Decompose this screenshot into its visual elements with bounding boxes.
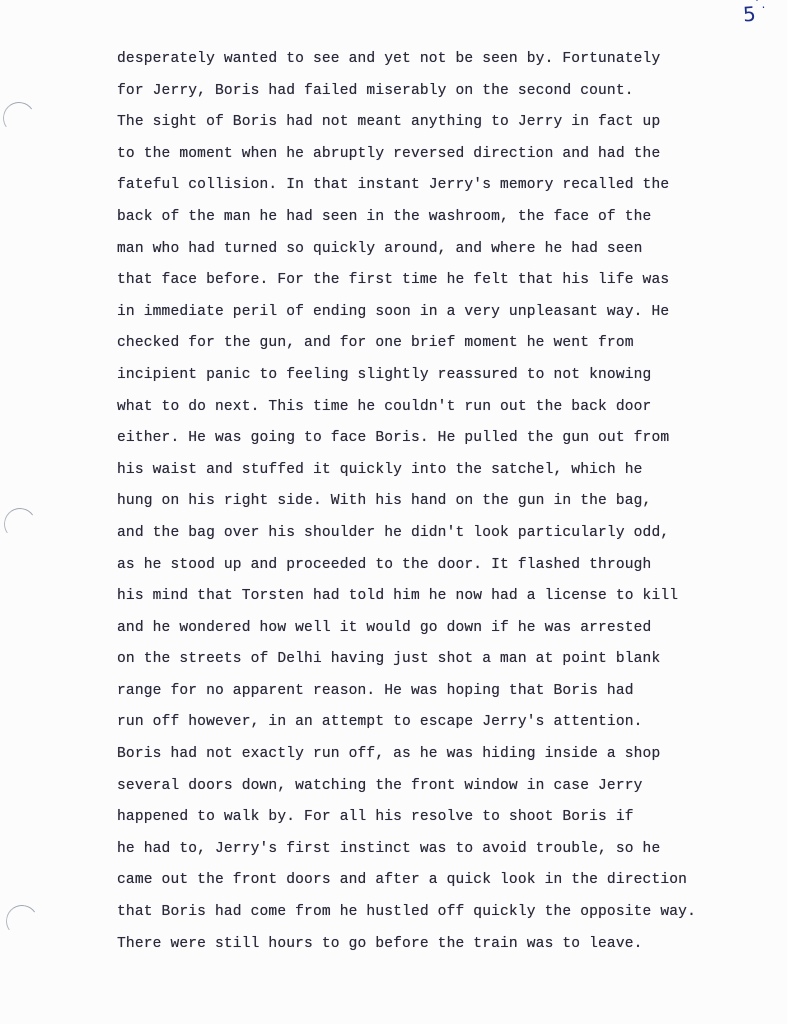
text-line: checked for the gun, and for one brief m… (117, 328, 757, 360)
text-line: and the bag over his shoulder he didn't … (117, 518, 757, 550)
handwritten-page-number: 5`. (742, 2, 757, 27)
text-line: and he wondered how well it would go dow… (117, 613, 757, 645)
text-line: happened to walk by. For all his resolve… (117, 802, 757, 834)
text-line: his mind that Torsten had told him he no… (117, 581, 757, 613)
text-line: that face before. For the first time he … (117, 265, 757, 297)
text-line: Boris had not exactly run off, as he was… (117, 739, 757, 771)
page-number-mark: `. (754, 0, 767, 12)
text-line: that Boris had come from he hustled off … (117, 897, 757, 929)
text-line: came out the front doors and after a qui… (117, 865, 757, 897)
text-line: hung on his right side. With his hand on… (117, 486, 757, 518)
text-line: run off however, in an attempt to escape… (117, 707, 757, 739)
typewritten-text-body: desperately wanted to see and yet not be… (117, 44, 757, 960)
text-line: what to do next. This time he couldn't r… (117, 392, 757, 424)
typewritten-page: 5`. desperately wanted to see and yet no… (0, 0, 787, 1024)
text-line: back of the man he had seen in the washr… (117, 202, 757, 234)
hole-punch-mark-middle (1, 505, 38, 542)
text-line: for Jerry, Boris had failed miserably on… (117, 76, 757, 108)
text-line: on the streets of Delhi having just shot… (117, 644, 757, 676)
text-line: either. He was going to face Boris. He p… (117, 423, 757, 455)
text-line: fateful collision. In that instant Jerry… (117, 170, 757, 202)
text-line: his waist and stuffed it quickly into th… (117, 455, 757, 487)
text-line: man who had turned so quickly around, an… (117, 234, 757, 266)
text-line: in immediate peril of ending soon in a v… (117, 297, 757, 329)
text-line: several doors down, watching the front w… (117, 771, 757, 803)
text-line: to the moment when he abruptly reversed … (117, 139, 757, 171)
text-line: The sight of Boris had not meant anythin… (117, 107, 757, 139)
text-line: incipient panic to feeling slightly reas… (117, 360, 757, 392)
hole-punch-mark-bottom (3, 902, 40, 939)
text-line: desperately wanted to see and yet not be… (117, 44, 757, 76)
hole-punch-mark-top (0, 99, 37, 136)
text-line: There were still hours to go before the … (117, 929, 757, 961)
text-line: range for no apparent reason. He was hop… (117, 676, 757, 708)
text-line: as he stood up and proceeded to the door… (117, 550, 757, 582)
text-line: he had to, Jerry's first instinct was to… (117, 834, 757, 866)
